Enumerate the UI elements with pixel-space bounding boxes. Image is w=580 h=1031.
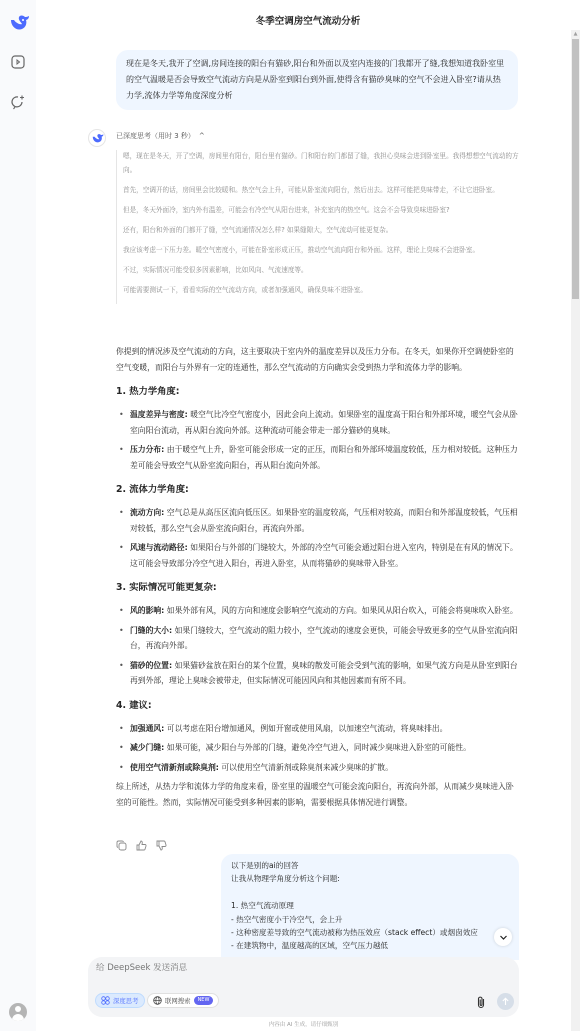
thinking-content: 嗯，现在是冬天，开了空调，房间里有阳台，阳台里有猫砂。门和阳台的门都留了缝，我担… xyxy=(116,150,521,304)
paperclip-icon xyxy=(475,995,487,1009)
thinking-paragraph: 还有，阳台和外面的门都开了缝，空气流通情况怎么样? 如果缝隙大，空气流动可能更复… xyxy=(123,224,521,238)
thumbs-down-icon[interactable] xyxy=(156,836,167,847)
list-item: 门缝的大小: 如果门缝较大，空气流动的阻力较小，空气流动的速度会更快，可能会导致… xyxy=(116,623,521,654)
scroll-up-arrow-icon[interactable]: ▲ xyxy=(571,30,580,38)
section-heading: 4. 建议: xyxy=(116,698,521,714)
thinking-paragraph: 我应该考虑一下压力差。暖空气密度小，可能在卧室形成正压，推动空气流向阳台和外面。… xyxy=(123,244,521,258)
list-item: 使用空气清新剂或除臭剂: 可以使用空气清新剂或除臭剂来减少臭味的扩散。 xyxy=(116,760,521,776)
atom-icon xyxy=(101,996,110,1005)
message-input[interactable] xyxy=(96,963,496,973)
chat-header: 冬季空调房空气流动分析 xyxy=(36,0,580,40)
section-heading: 3. 实际情况可能更复杂: xyxy=(116,580,521,596)
deep-think-label: 深度思考 xyxy=(113,996,139,1005)
assistant-answer: 你提到的情况涉及空气流动的方向，这主要取决于室内外的温度差异以及压力分布。在冬天… xyxy=(116,344,521,818)
list-item: 压力分布: 由于暖空气上升，卧室可能会形成一定的正压，而阳台和外部环境温度较低，… xyxy=(116,442,521,473)
list-item: 流动方向: 空气总是从高压区流向低压区。如果卧室的温度较高，气压相对较高，而阳台… xyxy=(116,505,521,536)
message-actions xyxy=(116,836,167,847)
thinking-paragraph: 但是，冬天外面冷，室内外有温差，可能会有冷空气从阳台进来，补充室内的热空气。这会… xyxy=(123,204,521,218)
arrow-up-icon xyxy=(501,997,510,1006)
list-item: 加强通风: 可以考虑在阳台增加通风，例如开窗或使用风扇，以加速空气流动，将臭味排… xyxy=(116,721,521,737)
sidebar xyxy=(0,0,36,1031)
thinking-label: 已深度思考（用时 3 秒） xyxy=(116,131,195,141)
deepseek-whale-icon[interactable] xyxy=(8,12,30,34)
chat-title: 冬季空调房空气流动分析 xyxy=(256,13,361,27)
scrollbar[interactable]: ▲ xyxy=(571,30,580,1031)
attach-file-button[interactable] xyxy=(475,994,487,1008)
list-item: 温度差异与密度: 暖空气比冷空气密度小，因此会向上流动。如果卧室的温度高于阳台和… xyxy=(116,407,521,438)
section-list: 加强通风: 可以考虑在阳台增加通风，例如开窗或使用风扇，以加速空气流动，将臭味排… xyxy=(116,721,521,776)
user-avatar-icon[interactable] xyxy=(9,1003,27,1021)
user-message: 以下是别的ai的回答 让我从物理学角度分析这个问题: 1. 热空气流动原理 - … xyxy=(221,854,519,960)
answer-intro: 你提到的情况涉及空气流动的方向，这主要取决于室内外的温度差异以及压力分布。在冬天… xyxy=(116,344,521,375)
thinking-paragraph: 不过，实际情况可能受很多因素影响，比如风向、气流速度等。 xyxy=(123,264,521,278)
section-heading: 1. 热力学角度: xyxy=(116,384,521,400)
globe-icon xyxy=(153,996,162,1005)
new-chat-icon[interactable] xyxy=(10,94,26,110)
section-list: 温度差异与密度: 暖空气比冷空气密度小，因此会向上流动。如果卧室的温度高于阳台和… xyxy=(116,407,521,473)
chevron-up-icon: ^ xyxy=(199,132,205,140)
answer-conclusion: 综上所述，从热力学和流体力学的角度来看，卧室里的温暖空气可能会流向阳台，再流向外… xyxy=(116,779,521,810)
thinking-paragraph: 首先，空调开的话，房间里会比较暖和。热空气会上升，可能从卧室流向阳台，然后出去。… xyxy=(123,184,521,198)
section-list: 风的影响: 如果外部有风，风的方向和速度会影响空气流动的方向。如果风从阳台吹入，… xyxy=(116,603,521,689)
new-badge: NEW xyxy=(194,996,214,1005)
section-heading: 2. 流体力学角度: xyxy=(116,482,521,498)
thinking-toggle[interactable]: 已深度思考（用时 3 秒） ^ xyxy=(116,131,205,141)
deep-think-toggle[interactable]: 深度思考 xyxy=(95,993,145,1008)
thumbs-up-icon[interactable] xyxy=(136,836,147,847)
section-list: 流动方向: 空气总是从高压区流向低压区。如果卧室的温度较高，气压相对较高，而阳台… xyxy=(116,505,521,571)
list-item: 猫砂的位置: 如果猫砂盆放在阳台的某个位置，臭味的散发可能会受到气流的影响，如果… xyxy=(116,658,521,689)
thinking-paragraph: 嗯，现在是冬天，开了空调，房间里有阳台，阳台里有猫砂。门和阳台的门都留了缝，我担… xyxy=(123,150,521,177)
scroll-to-bottom-button[interactable] xyxy=(494,928,512,946)
list-item: 减少门缝: 如果可能，减少阳台与外部的门缝，避免冷空气进入，同时减少臭味进入卧室… xyxy=(116,740,521,756)
list-item: 风速与流动路径: 如果阳台与外部的门缝较大，外部的冷空气可能会通过阳台进入室内，… xyxy=(116,540,521,571)
scrollbar-thumb[interactable] xyxy=(572,39,579,299)
send-button[interactable] xyxy=(497,993,514,1010)
message-composer: 深度思考 联网搜索 NEW xyxy=(88,957,519,1017)
copy-icon[interactable] xyxy=(116,836,127,847)
sidebar-toggle-icon[interactable] xyxy=(10,54,26,70)
thinking-paragraph: 可能需要测试一下，看看实际的空气流动方向，或者加强通风，确保臭味不进卧室。 xyxy=(123,284,521,298)
user-message: 现在是冬天,我开了空调,房间连接的阳台有猫砂,阳台和外面以及室内连接的门我都开了… xyxy=(116,50,518,110)
web-search-label: 联网搜索 xyxy=(165,996,191,1005)
assistant-avatar-icon xyxy=(88,129,106,147)
chevron-down-icon xyxy=(499,933,508,942)
list-item: 风的影响: 如果外部有风，风的方向和速度会影响空气流动的方向。如果风从阳台吹入，… xyxy=(116,603,521,619)
web-search-toggle[interactable]: 联网搜索 NEW xyxy=(147,993,219,1008)
ai-disclaimer: 内容由 AI 生成，请仔细甄别 xyxy=(88,1020,519,1028)
